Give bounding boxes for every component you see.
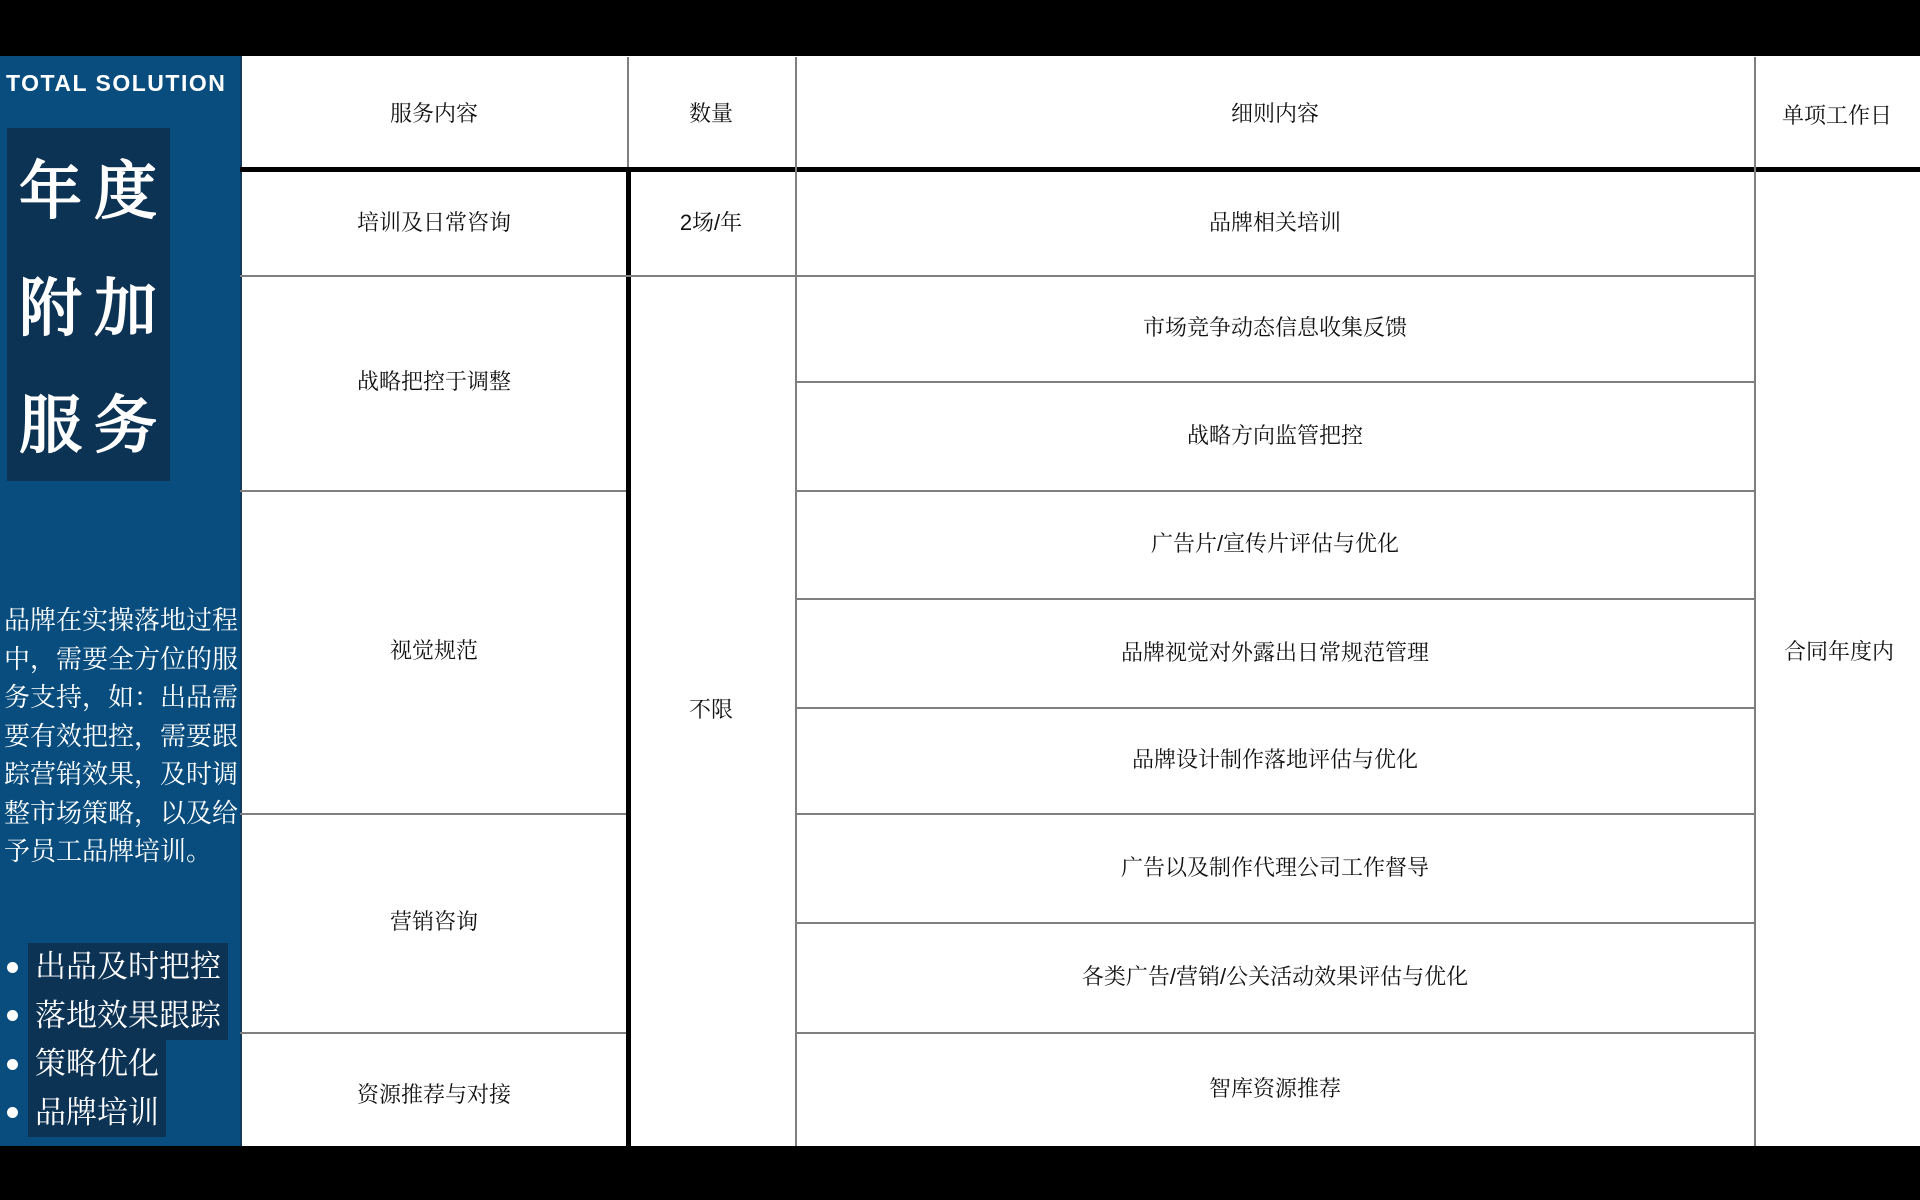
bullet-label: 落地效果跟踪 xyxy=(28,992,228,1041)
grid-line-vertical xyxy=(795,57,797,1146)
column-header-quantity: 数量 xyxy=(689,101,733,127)
sidebar-description: 品牌在实操落地过程 中，需要全方位的服 务支持，如：出品需 要有效把控，需要跟 … xyxy=(4,601,242,871)
cell-detail: 品牌设计制作落地评估与优化 xyxy=(1132,747,1418,773)
grid-line-vertical xyxy=(627,57,629,167)
cell-service-name: 营销咨询 xyxy=(390,909,478,935)
cell-service-name: 资源推荐与对接 xyxy=(357,1082,511,1108)
grid-line-row xyxy=(797,598,1754,600)
grid-line-row xyxy=(240,490,626,492)
bullet-icon xyxy=(7,1010,18,1021)
cell-service-name: 视觉规范 xyxy=(390,638,478,664)
eyebrow-text: TOTAL SOLUTION xyxy=(6,69,226,97)
grid-line-row xyxy=(797,813,1754,815)
slide-title-box: 年度 附加 服务 xyxy=(7,128,170,481)
bullet-label: 出品及时把控 xyxy=(28,943,228,992)
cell-detail: 智库资源推荐 xyxy=(1209,1076,1341,1102)
cell-detail: 市场竞争动态信息收集反馈 xyxy=(1143,315,1407,341)
grid-line-row xyxy=(797,1032,1754,1034)
cell-detail: 各类广告/营销/公关活动效果评估与优化 xyxy=(1082,964,1468,990)
cell-quantity: 2场/年 xyxy=(680,210,742,236)
grid-line-row xyxy=(797,707,1754,709)
column-header-details: 细则内容 xyxy=(1231,101,1319,127)
sidebar: TOTAL SOLUTION 年度 附加 服务 品牌在实操落地过程 中，需要全方… xyxy=(0,56,240,1146)
slide-title-line-1: 年度 xyxy=(19,134,170,251)
list-item: 落地效果跟踪 xyxy=(0,992,240,1041)
table-left-border xyxy=(240,56,242,1146)
cell-quantity-merged: 不限 xyxy=(689,697,733,723)
cell-detail: 战略方向监管把控 xyxy=(1187,423,1363,449)
column-header-service: 服务内容 xyxy=(390,101,478,127)
cell-service-name: 培训及日常咨询 xyxy=(357,210,511,236)
column-header-workdays: 单项工作日 xyxy=(1782,103,1892,129)
grid-line-row xyxy=(240,813,626,815)
list-item: 品牌培训 xyxy=(0,1089,240,1138)
cell-detail: 广告片/宣传片评估与优化 xyxy=(1151,531,1399,557)
bullet-icon xyxy=(7,1107,18,1118)
grid-line-row xyxy=(797,381,1754,383)
grid-line-header-bottom xyxy=(240,167,1920,172)
cell-service-name: 战略把控于调整 xyxy=(357,369,511,395)
grid-line-row xyxy=(240,1032,626,1034)
bullet-icon xyxy=(7,1059,18,1070)
grid-line-vertical xyxy=(1754,57,1756,1146)
list-item: 策略优化 xyxy=(0,1040,240,1089)
grid-line-row xyxy=(797,922,1754,924)
cell-workdays-merged: 合同年度内 xyxy=(1784,639,1894,665)
slide-title-line-3: 服务 xyxy=(19,368,170,485)
cell-detail: 品牌视觉对外露出日常规范管理 xyxy=(1121,640,1429,666)
slide: TOTAL SOLUTION 年度 附加 服务 品牌在实操落地过程 中，需要全方… xyxy=(0,56,1920,1146)
grid-line-vertical-thick xyxy=(626,170,631,1146)
cell-detail: 广告以及制作代理公司工作督导 xyxy=(1121,855,1429,881)
bullet-label: 策略优化 xyxy=(28,1040,166,1089)
list-item: 出品及时把控 xyxy=(0,943,240,992)
grid-line-row xyxy=(797,490,1754,492)
bullet-list: 出品及时把控 落地效果跟踪 策略优化 品牌培训 xyxy=(0,943,240,1137)
grid-line-row xyxy=(240,275,1754,277)
cell-detail: 品牌相关培训 xyxy=(1209,210,1341,236)
bullet-label: 品牌培训 xyxy=(28,1089,166,1138)
slide-title-line-2: 附加 xyxy=(19,251,170,368)
bullet-icon xyxy=(7,962,18,973)
